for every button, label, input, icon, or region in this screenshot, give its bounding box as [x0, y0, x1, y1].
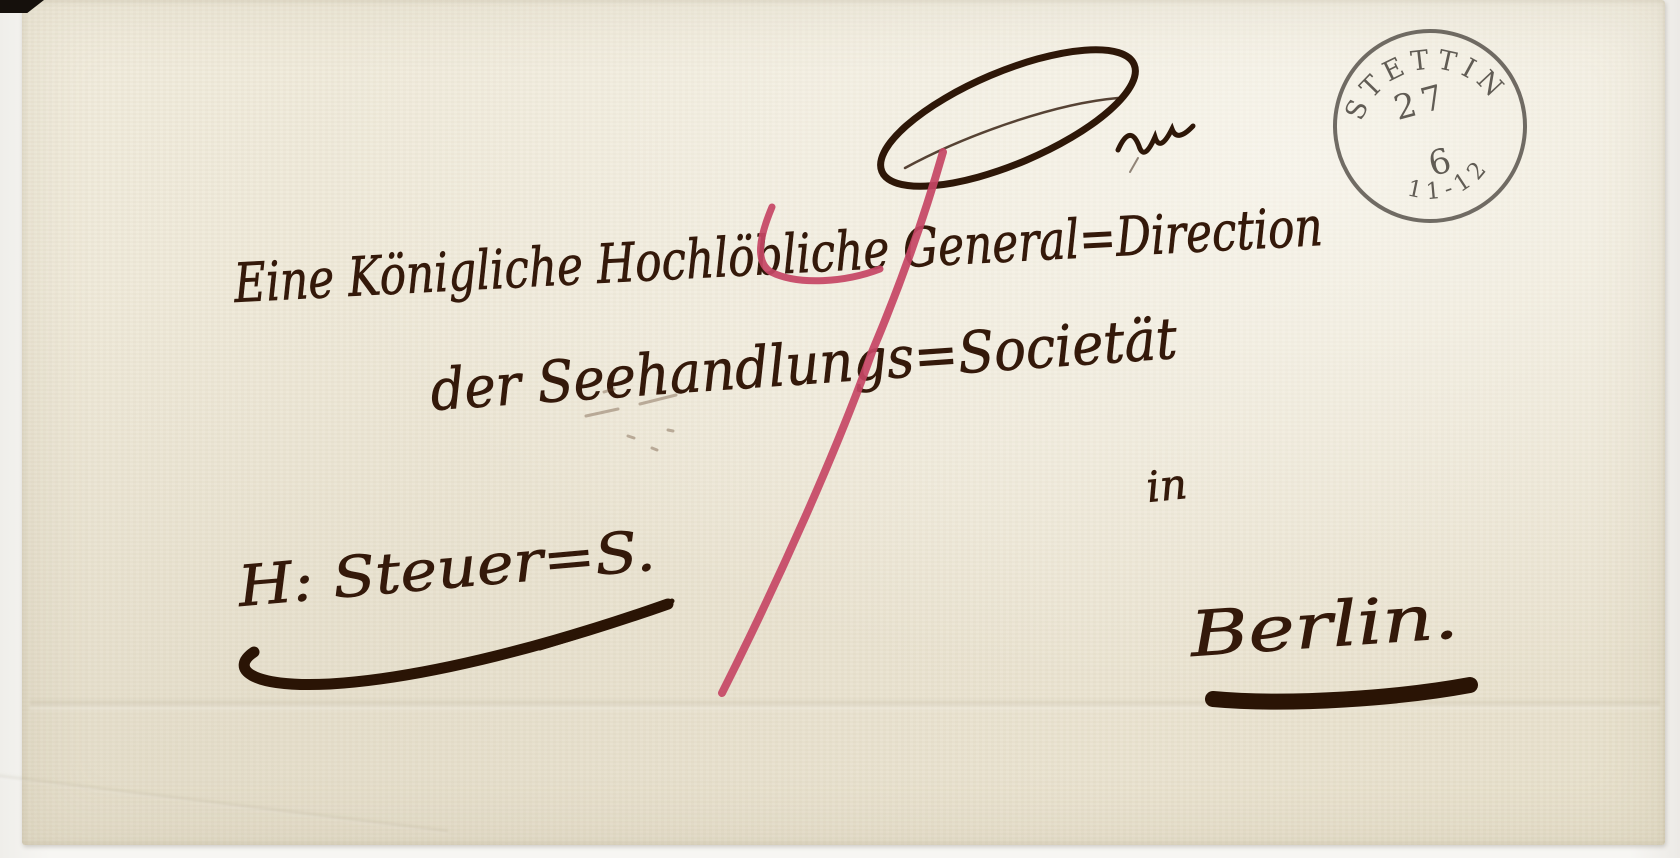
salutation-flourish: An [864, 22, 1193, 214]
letter-markings-layer: STETTIN 27 6 11-12 An Eine Königliche Ho… [0, 0, 1680, 858]
address-line1: Eine Königliche Hochlöbliche General=Dir… [232, 195, 1325, 315]
postmark-stettin: STETTIN 27 6 11-12 [1323, 19, 1538, 234]
clerk-notation: H: Steuer=S. [234, 519, 657, 620]
address-line4-berlin: Berlin. [1187, 579, 1461, 671]
address-line2: der Seehandlungs=Societät [428, 306, 1179, 424]
berlin-underline [1213, 685, 1470, 702]
address-line3-in: in [1144, 459, 1189, 512]
